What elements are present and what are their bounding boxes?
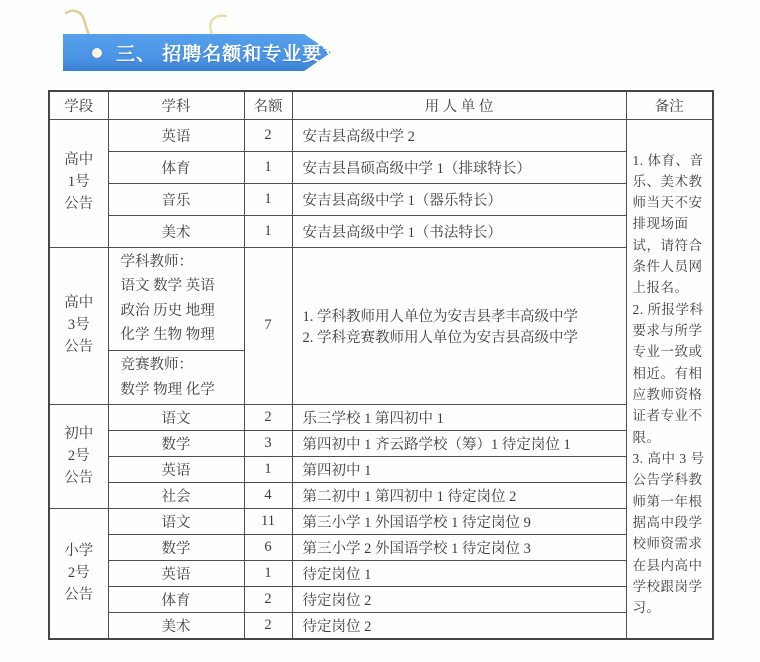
cell-employer: 第二初中 1 第四初中 1 待定岗位 2 bbox=[292, 483, 626, 509]
stage-cell-g2: 高中 3号 公告 bbox=[49, 247, 108, 405]
cell-employer: 第三小学 1 外国语学校 1 待定岗位 9 bbox=[292, 509, 626, 535]
header-stage: 学段 bbox=[49, 91, 108, 119]
cell-quota: 1 bbox=[244, 215, 292, 247]
cell-subject: 体育 bbox=[108, 587, 244, 613]
cell-quota: 11 bbox=[244, 509, 292, 535]
cell-quota: 2 bbox=[244, 405, 292, 431]
cell-employer: 待定岗位 1 bbox=[292, 561, 626, 587]
cell-subject-teachers: 学科教师： 语文 数学 英语 政治 历史 地理 化学 生物 物理 bbox=[108, 247, 244, 351]
banner-bullet-dot-icon bbox=[92, 48, 102, 58]
cell-quota: 7 bbox=[244, 247, 292, 405]
section-title: 三、 招聘名额和专业要求 bbox=[116, 39, 342, 66]
stage-cell-g1: 高中 1号 公告 bbox=[49, 119, 108, 247]
cell-employer: 安吉县高级中学 2 bbox=[292, 119, 626, 151]
cell-subject: 英语 bbox=[108, 119, 244, 151]
cell-quota: 1 bbox=[244, 457, 292, 483]
header-subject: 学科 bbox=[108, 91, 244, 119]
cell-employer: 第四初中 1 齐云路学校（筹）1 待定岗位 1 bbox=[292, 431, 626, 457]
cell-subject-competition: 竞赛教师： 数学 物理 化学 bbox=[108, 351, 244, 405]
cell-quota: 1 bbox=[244, 151, 292, 183]
table-row: 初中 2号 公告 语文 2 乐三学校 1 第四初中 1 bbox=[49, 405, 713, 431]
table-row: 体育 1 安吉县昌硕高级中学 1（排球特长） bbox=[49, 151, 713, 183]
cell-employer: 第四初中 1 bbox=[292, 457, 626, 483]
cell-subject: 体育 bbox=[108, 151, 244, 183]
cell-subject: 语文 bbox=[108, 509, 244, 535]
cell-quota: 4 bbox=[244, 483, 292, 509]
cell-employer: 待定岗位 2 bbox=[292, 613, 626, 640]
header-quota: 名额 bbox=[244, 91, 292, 119]
remark-cell: 1. 体育、音乐、美术教师当天不安排现场面试，请符合条件人员网上报名。 2. 所… bbox=[626, 119, 713, 639]
cell-quota: 1 bbox=[244, 183, 292, 215]
cell-employer: 1. 学科教师用人单位为安吉县孝丰高级中学 2. 学科竞赛教师用人单位为安吉县高… bbox=[292, 247, 626, 405]
cell-subject: 数学 bbox=[108, 535, 244, 561]
cell-employer: 安吉县高级中学 1（器乐特长） bbox=[292, 183, 626, 215]
cell-subject: 英语 bbox=[108, 561, 244, 587]
stage-cell-g3: 初中 2号 公告 bbox=[49, 405, 108, 509]
recruitment-table: 学段 学科 名额 用 人 单 位 备注 高中 1号 公告 英语 2 安吉县高级中… bbox=[48, 90, 714, 640]
cell-quota: 3 bbox=[244, 431, 292, 457]
header-remark: 备注 bbox=[626, 91, 713, 119]
cell-quota: 1 bbox=[244, 561, 292, 587]
cell-subject: 数学 bbox=[108, 431, 244, 457]
cell-quota: 2 bbox=[244, 119, 292, 151]
table-row: 美术 2 待定岗位 2 bbox=[49, 613, 713, 640]
cell-subject: 美术 bbox=[108, 215, 244, 247]
stage-cell-g4: 小学 2号 公告 bbox=[49, 509, 108, 640]
cell-employer: 安吉县高级中学 1（书法特长） bbox=[292, 215, 626, 247]
cell-subject: 社会 bbox=[108, 483, 244, 509]
table-row: 英语 1 第四初中 1 bbox=[49, 457, 713, 483]
cell-employer: 待定岗位 2 bbox=[292, 587, 626, 613]
cell-subject: 美术 bbox=[108, 613, 244, 640]
cell-employer: 第三小学 2 外国语学校 1 待定岗位 3 bbox=[292, 535, 626, 561]
section-banner: 三、 招聘名额和专业要求 bbox=[63, 34, 331, 71]
table-row: 音乐 1 安吉县高级中学 1（器乐特长） bbox=[49, 183, 713, 215]
table-row: 体育 2 待定岗位 2 bbox=[49, 587, 713, 613]
table-row: 小学 2号 公告 语文 11 第三小学 1 外国语学校 1 待定岗位 9 bbox=[49, 509, 713, 535]
cell-employer: 安吉县昌硕高级中学 1（排球特长） bbox=[292, 151, 626, 183]
header-employer: 用 人 单 位 bbox=[292, 91, 626, 119]
cell-quota: 2 bbox=[244, 613, 292, 640]
cell-subject: 音乐 bbox=[108, 183, 244, 215]
table-row: 高中 3号 公告 学科教师： 语文 数学 英语 政治 历史 地理 化学 生物 物… bbox=[49, 247, 713, 351]
table-row: 美术 1 安吉县高级中学 1（书法特长） bbox=[49, 215, 713, 247]
cell-subject: 英语 bbox=[108, 457, 244, 483]
cell-quota: 6 bbox=[244, 535, 292, 561]
table-row: 高中 1号 公告 英语 2 安吉县高级中学 2 1. 体育、音乐、美术教师当天不… bbox=[49, 119, 713, 151]
cell-subject: 语文 bbox=[108, 405, 244, 431]
table-row: 数学 6 第三小学 2 外国语学校 1 待定岗位 3 bbox=[49, 535, 713, 561]
table-row: 数学 3 第四初中 1 齐云路学校（筹）1 待定岗位 1 bbox=[49, 431, 713, 457]
table-row: 社会 4 第二初中 1 第四初中 1 待定岗位 2 bbox=[49, 483, 713, 509]
page: { "banner": { "title": "三、 招聘名额和专业要求", "… bbox=[0, 0, 760, 662]
cell-quota: 2 bbox=[244, 587, 292, 613]
table-row: 英语 1 待定岗位 1 bbox=[49, 561, 713, 587]
table-header-row: 学段 学科 名额 用 人 单 位 备注 bbox=[49, 91, 713, 119]
cell-employer: 乐三学校 1 第四初中 1 bbox=[292, 405, 626, 431]
